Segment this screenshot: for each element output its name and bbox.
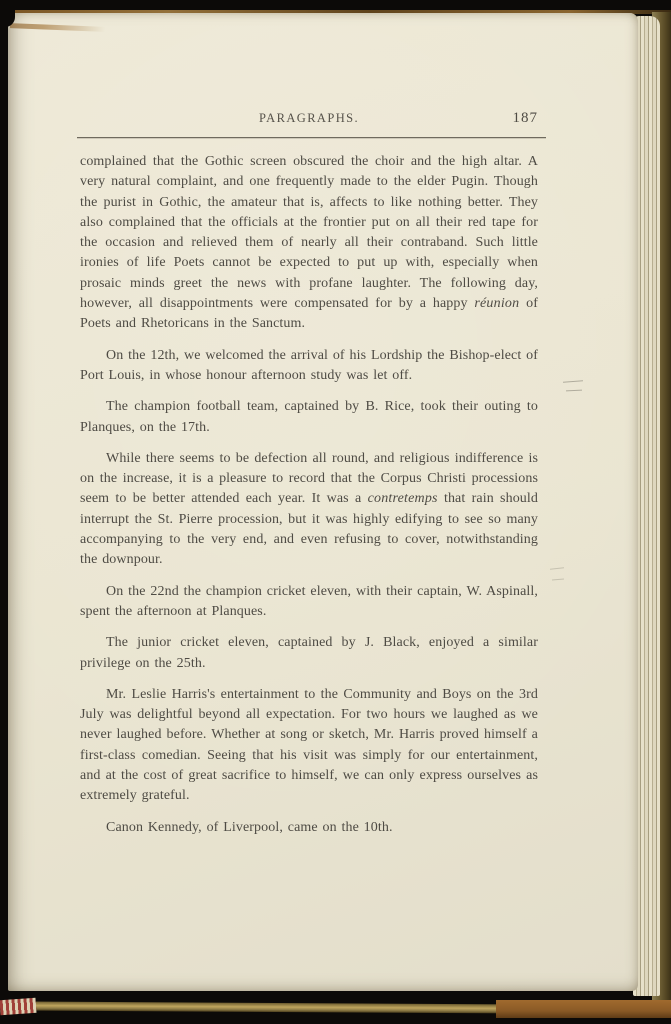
page-number: 187: [478, 110, 538, 127]
paragraph: The junior cricket eleven, captained by …: [80, 633, 538, 674]
gilt-edge-bottom: [28, 1001, 521, 1013]
paragraph: Mr. Leslie Harris's entertainment to the…: [80, 685, 538, 807]
text-run: On the 12th, we welcomed the arrival of …: [80, 348, 538, 383]
italic-text-run: réunion: [474, 296, 519, 311]
text-run: The junior cricket eleven, captained by …: [80, 635, 538, 670]
paragraph: Canon Kennedy, of Liverpool, came on the…: [80, 818, 538, 838]
paragraph: complained that the Gothic screen obscur…: [80, 152, 538, 335]
headband: [0, 998, 36, 1015]
paragraph: The champion football team, captained by…: [80, 397, 538, 438]
text-run: On the 22nd the champion cricket eleven,…: [80, 584, 538, 619]
page-text: complained that the Gothic screen obscur…: [80, 152, 538, 838]
text-run: Canon Kennedy, of Liverpool, came on the…: [106, 820, 393, 835]
header-rule: [77, 137, 546, 138]
running-title: PARAGRAPHS.: [80, 111, 478, 126]
text-run: The champion football team, captained by…: [80, 399, 538, 434]
italic-text-run: contretemps: [368, 491, 438, 506]
running-head: PARAGRAPHS. 187: [80, 110, 538, 127]
paragraph: On the 22nd the champion cricket eleven,…: [80, 582, 538, 623]
book-page: PARAGRAPHS. 187 complained that the Goth…: [8, 13, 638, 991]
paragraph: While there seems to be defection all ro…: [80, 449, 538, 571]
text-run: Mr. Leslie Harris's entertainment to the…: [80, 687, 538, 803]
book-cover-edge-bottom-right: [496, 1000, 671, 1018]
cover-corner-top-left: [0, 0, 15, 27]
book-photo-background: PARAGRAPHS. 187 complained that the Goth…: [0, 0, 671, 1024]
page-corner-deckle: [10, 23, 105, 32]
paragraph: On the 12th, we welcomed the arrival of …: [80, 346, 538, 387]
text-run: complained that the Gothic screen obscur…: [80, 154, 538, 311]
